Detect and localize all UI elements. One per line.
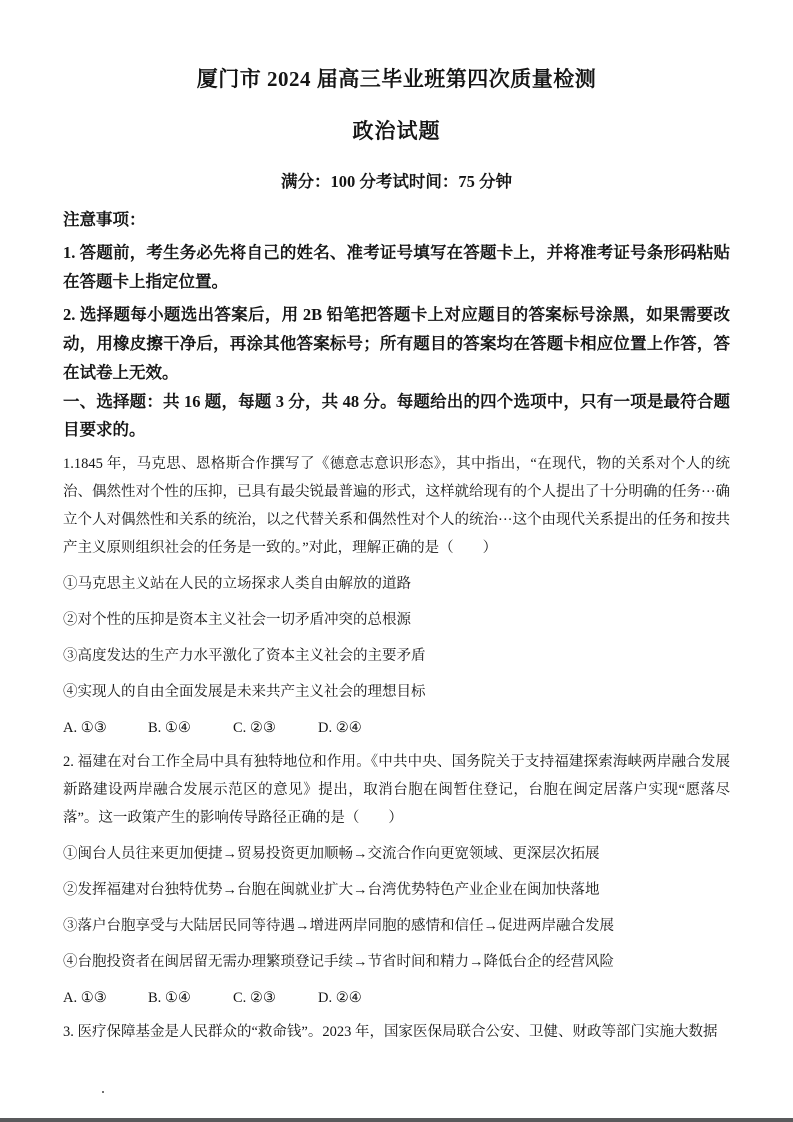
exam-info-line: 满分：100 分考试时间：75 分钟 <box>63 171 730 192</box>
question-1: 1.1845 年，马克思、恩格斯合作撰写了《德意志意识形态》，其中指出，“在现代… <box>63 450 730 742</box>
question-1-choice-b: B. ①④ <box>148 714 233 742</box>
question-2: 2. 福建在对台工作全局中具有独特地位和作用。《中共中央、国务院关于支持福建探索… <box>63 748 730 1012</box>
page-subtitle: 政治试题 <box>63 118 730 144</box>
question-1-choice-c: C. ②③ <box>233 714 318 742</box>
question-2-option-2: ②发挥福建对台独特优势→台胞在闽就业扩大→台湾优势特色产业企业在闽加快落地 <box>63 876 730 904</box>
question-2-choices-row: A. ①③ B. ①④ C. ②③ D. ②④ <box>63 984 730 1012</box>
note-item-1: 1. 答题前，考生务必先将自己的姓名、准考证号填写在答题卡上，并将准考证号条形码… <box>63 238 730 296</box>
section-heading: 一、选择题：共 16 题，每题 3 分，共 48 分。每题给出的四个选项中，只有… <box>63 388 730 444</box>
question-1-option-3: ③高度发达的生产力水平激化了资本主义社会的主要矛盾 <box>63 642 730 670</box>
question-1-option-2: ②对个性的压抑是资本主义社会一切矛盾冲突的总根源 <box>63 606 730 634</box>
question-3: 3. 医疗保障基金是人民群众的“救命钱”。2023 年，国家医保局联合公安、卫健… <box>63 1018 730 1046</box>
question-1-stem: 1.1845 年，马克思、恩格斯合作撰写了《德意志意识形态》，其中指出，“在现代… <box>63 450 730 562</box>
question-2-choice-d: D. ②④ <box>318 984 362 1012</box>
question-3-stem: 3. 医疗保障基金是人民群众的“救命钱”。2023 年，国家医保局联合公安、卫健… <box>63 1018 730 1046</box>
question-2-choice-b: B. ①④ <box>148 984 233 1012</box>
question-1-choice-a: A. ①③ <box>63 714 148 742</box>
scan-artifact-dot <box>102 1091 104 1093</box>
question-2-stem: 2. 福建在对台工作全局中具有独特地位和作用。《中共中央、国务院关于支持福建探索… <box>63 748 730 832</box>
page-edge-divider <box>0 1118 793 1122</box>
question-2-option-3: ③落户台胞享受与大陆居民同等待遇→增进两岸同胞的感情和信任→促进两岸融合发展 <box>63 912 730 940</box>
question-2-option-4: ④台胞投资者在闽居留无需办理繁琐登记手续→节省时间和精力→降低台企的经营风险 <box>63 948 730 976</box>
notes-heading: 注意事项： <box>63 205 730 234</box>
question-2-option-1: ①闽台人员往来更加便捷→贸易投资更加顺畅→交流合作向更宽领域、更深层次拓展 <box>63 840 730 868</box>
page-title: 厦门市 2024 届高三毕业班第四次质量检测 <box>63 66 730 92</box>
exam-document: 厦门市 2024 届高三毕业班第四次质量检测 政治试题 满分：100 分考试时间… <box>0 0 793 1046</box>
question-1-choice-d: D. ②④ <box>318 714 362 742</box>
question-1-choices-row: A. ①③ B. ①④ C. ②③ D. ②④ <box>63 714 730 742</box>
question-1-option-4: ④实现人的自由全面发展是未来共产主义社会的理想目标 <box>63 678 730 706</box>
note-item-2: 2. 选择题每小题选出答案后，用 2B 铅笔把答题卡上对应题目的答案标号涂黑，如… <box>63 300 730 387</box>
question-1-option-1: ①马克思主义站在人民的立场探求人类自由解放的道路 <box>63 570 730 598</box>
question-2-choice-a: A. ①③ <box>63 984 148 1012</box>
question-2-choice-c: C. ②③ <box>233 984 318 1012</box>
